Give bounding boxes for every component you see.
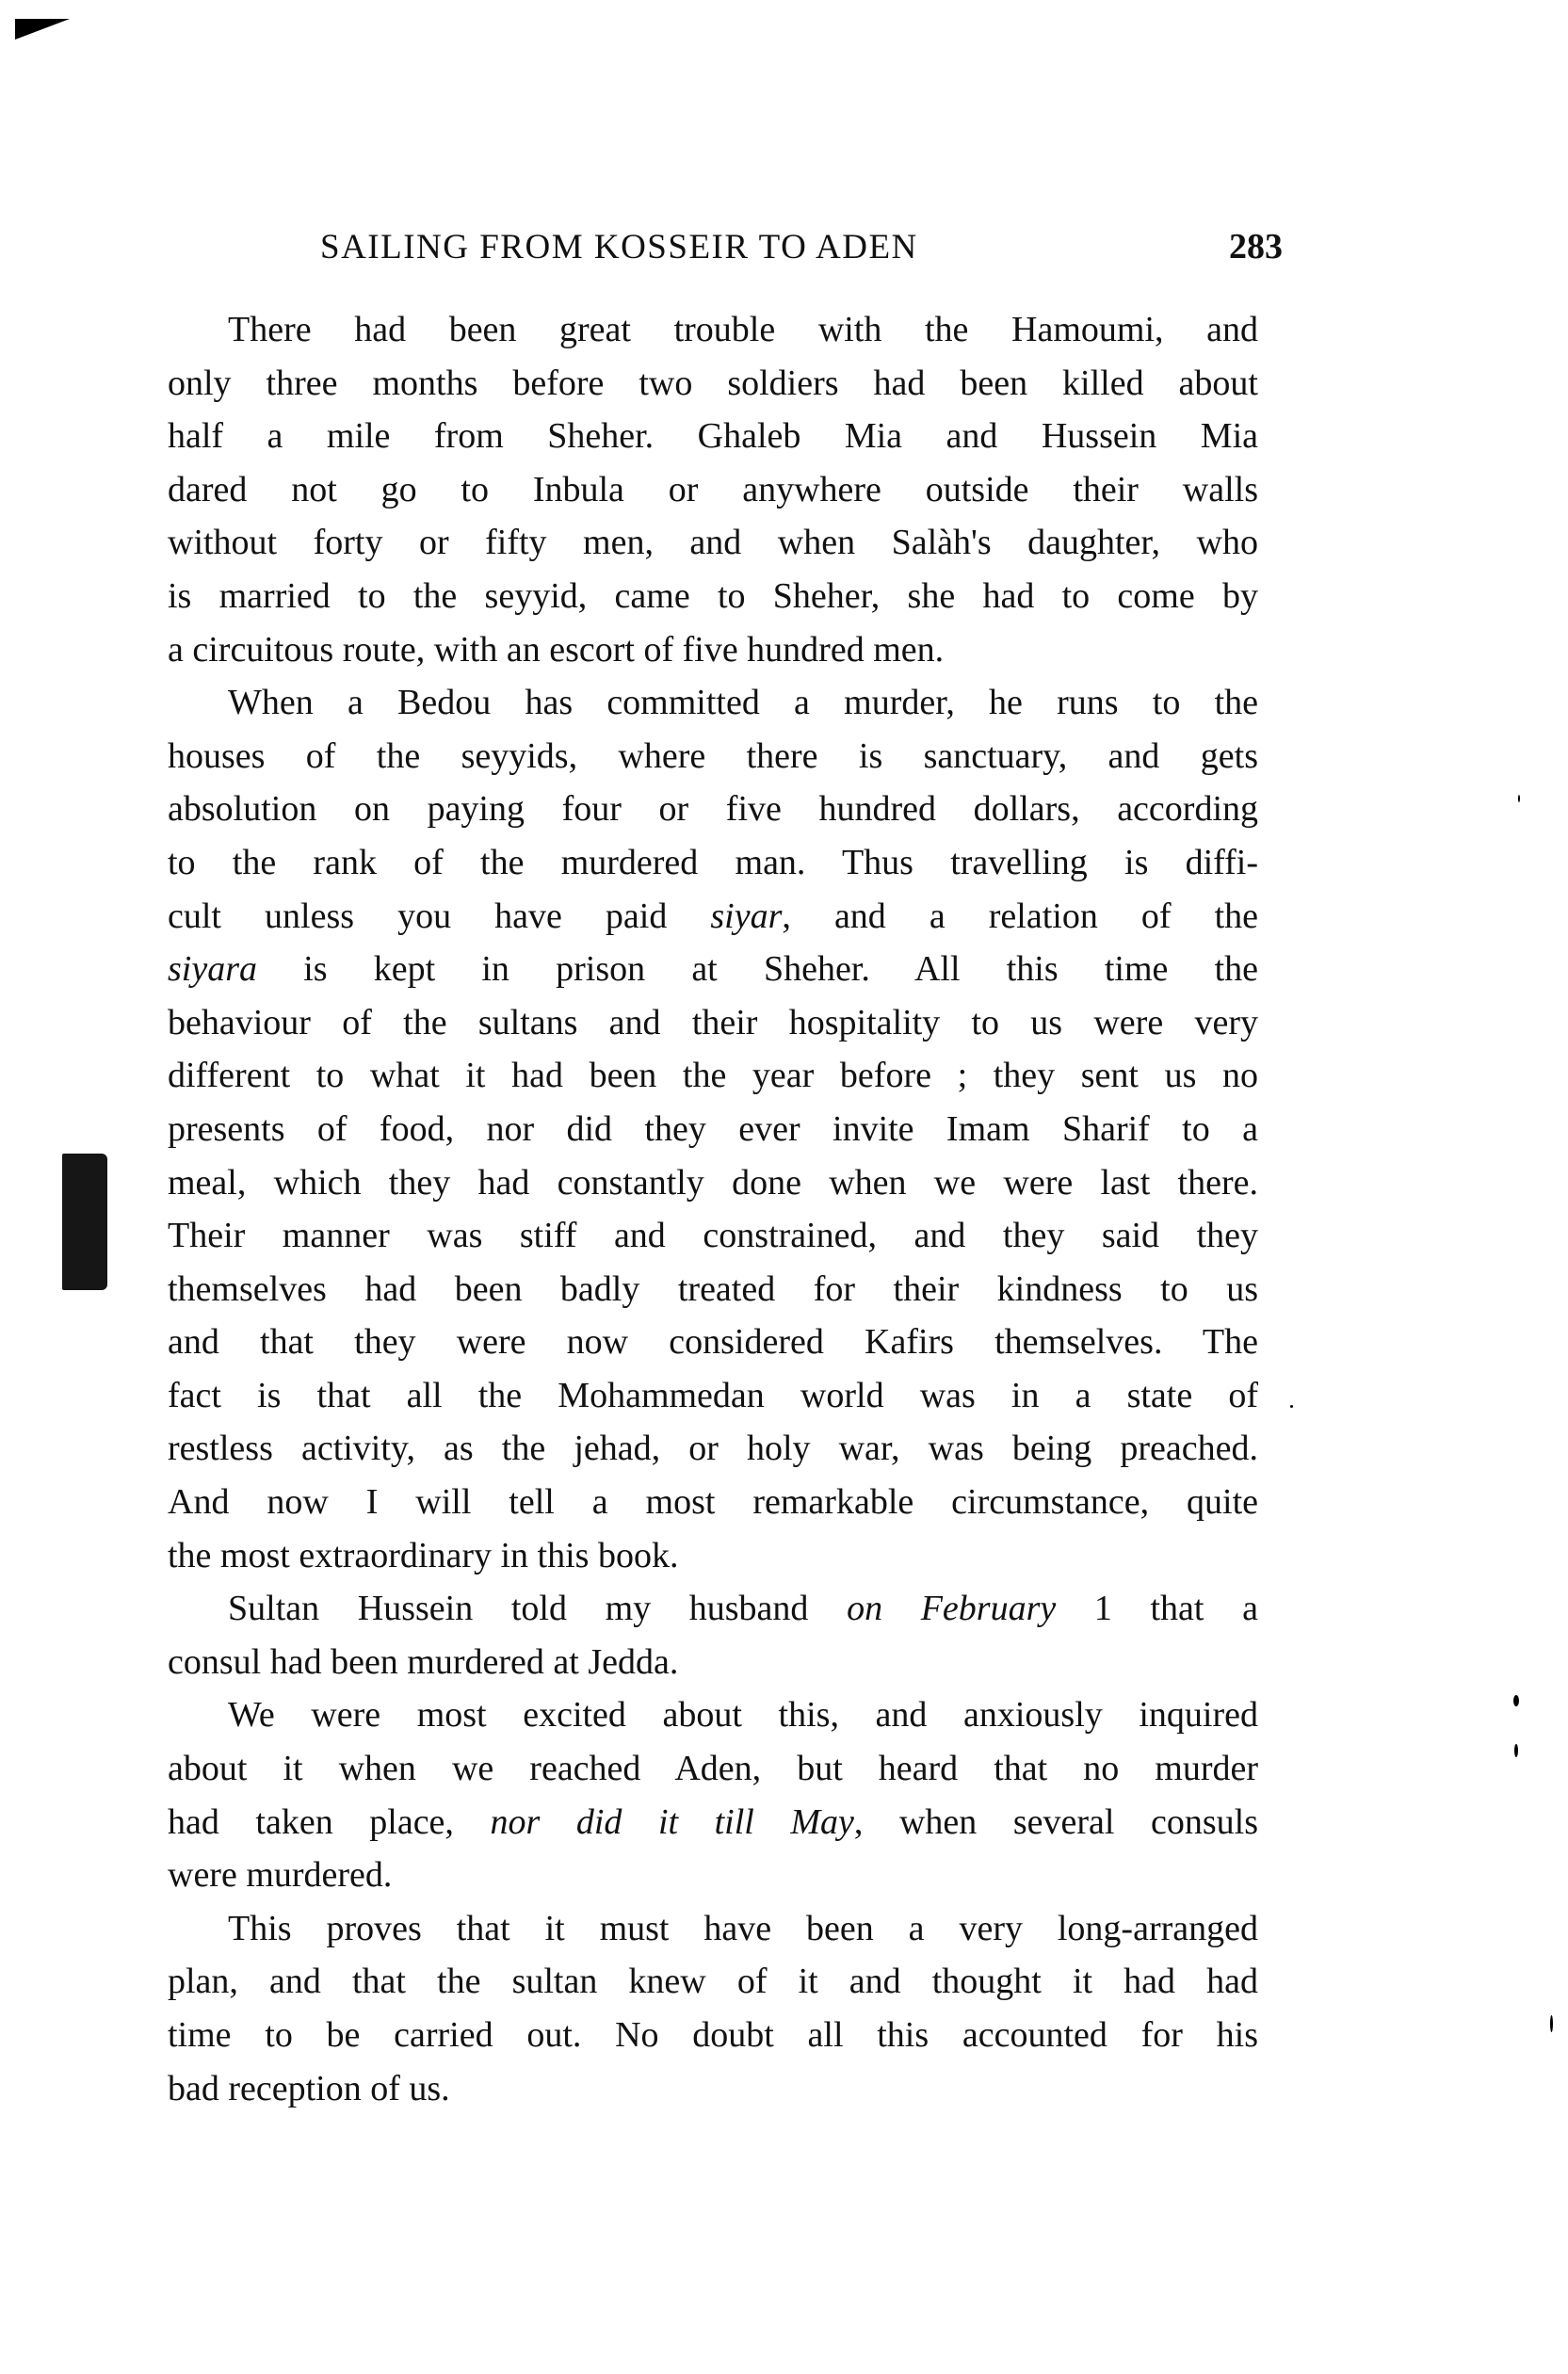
text-line: to the rank of the murdered man. Thus tr… <box>168 836 1258 890</box>
text-line: siyara is kept in prison at Sheher. All … <box>168 943 1258 996</box>
margin-ink-blot <box>62 1154 107 1290</box>
chapter-title: SAILING FROM KOSSEIR TO ADEN <box>320 227 918 267</box>
text-line: There had been great trouble with the Ha… <box>168 303 1258 357</box>
italic-text: nor did it till May <box>490 1802 853 1842</box>
text-line: presents of food, nor did they ever invi… <box>168 1103 1258 1156</box>
text-line: without forty or fifty men, and when Sal… <box>168 516 1258 570</box>
scan-speck <box>1550 2015 1553 2032</box>
running-head: SAILING FROM KOSSEIR TO ADEN 283 <box>320 226 1283 283</box>
text-line: cult unless you have paid siyar, and a r… <box>168 890 1258 944</box>
text-line: meal, which they had constantly done whe… <box>168 1156 1258 1210</box>
text-line: bad reception of us. <box>168 2062 1258 2116</box>
scan-speck <box>1518 795 1520 802</box>
text-line: time to be carried out. No doubt all thi… <box>168 2009 1258 2062</box>
text-line: absolution on paying four or five hundre… <box>168 783 1258 836</box>
text-line: houses of the seyyids, where there is sa… <box>168 730 1258 783</box>
text-line: a circuitous route, with an escort of fi… <box>168 623 1258 677</box>
text-line: half a mile from Sheher. Ghaleb Mia and … <box>168 410 1258 463</box>
text-line: consul had been murdered at Jedda. <box>168 1636 1258 1689</box>
paragraph: Sultan Hussein told my husband on Februa… <box>168 1582 1258 1688</box>
text-line: And now I will tell a most remarkable ci… <box>168 1476 1258 1529</box>
text-line: plan, and that the sultan knew of it and… <box>168 1955 1258 2009</box>
text-line: Their manner was stiff and constrained, … <box>168 1209 1258 1263</box>
italic-text: siyar <box>710 896 782 936</box>
text-line: restless activity, as the jehad, or holy… <box>168 1422 1258 1476</box>
text-line: This proves that it must have been a ver… <box>168 1902 1258 1956</box>
scan-speck <box>1514 1744 1518 1757</box>
text-line: about it when we reached Aden, but heard… <box>168 1742 1258 1796</box>
scan-speck <box>1513 1695 1519 1706</box>
italic-text: siyara <box>168 949 257 989</box>
paragraph: When a Bedou has committed a murder, he … <box>168 676 1258 1582</box>
text-line: is married to the seyyid, came to Sheher… <box>168 570 1258 623</box>
text-line: fact is that all the Mohammedan world wa… <box>168 1369 1258 1423</box>
paragraph: We were most excited about this, and anx… <box>168 1688 1258 1901</box>
text-line: were murdered. <box>168 1849 1258 1902</box>
scan-corner-mark <box>15 19 70 40</box>
text-line: different to what it had been the year b… <box>168 1049 1258 1103</box>
paragraph: This proves that it must have been a ver… <box>168 1902 1258 2115</box>
text-line: We were most excited about this, and anx… <box>168 1688 1258 1742</box>
text-line: dared not go to Inbula or anywhere outsi… <box>168 463 1258 517</box>
text-line: the most extraordinary in this book. <box>168 1529 1258 1583</box>
body-text: There had been great trouble with the Ha… <box>168 303 1258 2115</box>
text-line: behaviour of the sultans and their hospi… <box>168 996 1258 1050</box>
scan-speck <box>1290 1405 1293 1408</box>
page-number: 283 <box>1229 226 1283 267</box>
paragraph: There had been great trouble with the Ha… <box>168 303 1258 676</box>
text-line: only three months before two soldiers ha… <box>168 357 1258 411</box>
text-line: had taken place, nor did it till May, wh… <box>168 1796 1258 1849</box>
text-line: When a Bedou has committed a murder, he … <box>168 676 1258 730</box>
text-line: and that they were now considered Kafirs… <box>168 1316 1258 1369</box>
text-line: Sultan Hussein told my husband on Februa… <box>168 1582 1258 1636</box>
text-line: themselves had been badly treated for th… <box>168 1263 1258 1316</box>
italic-text: on February <box>847 1589 1056 1628</box>
